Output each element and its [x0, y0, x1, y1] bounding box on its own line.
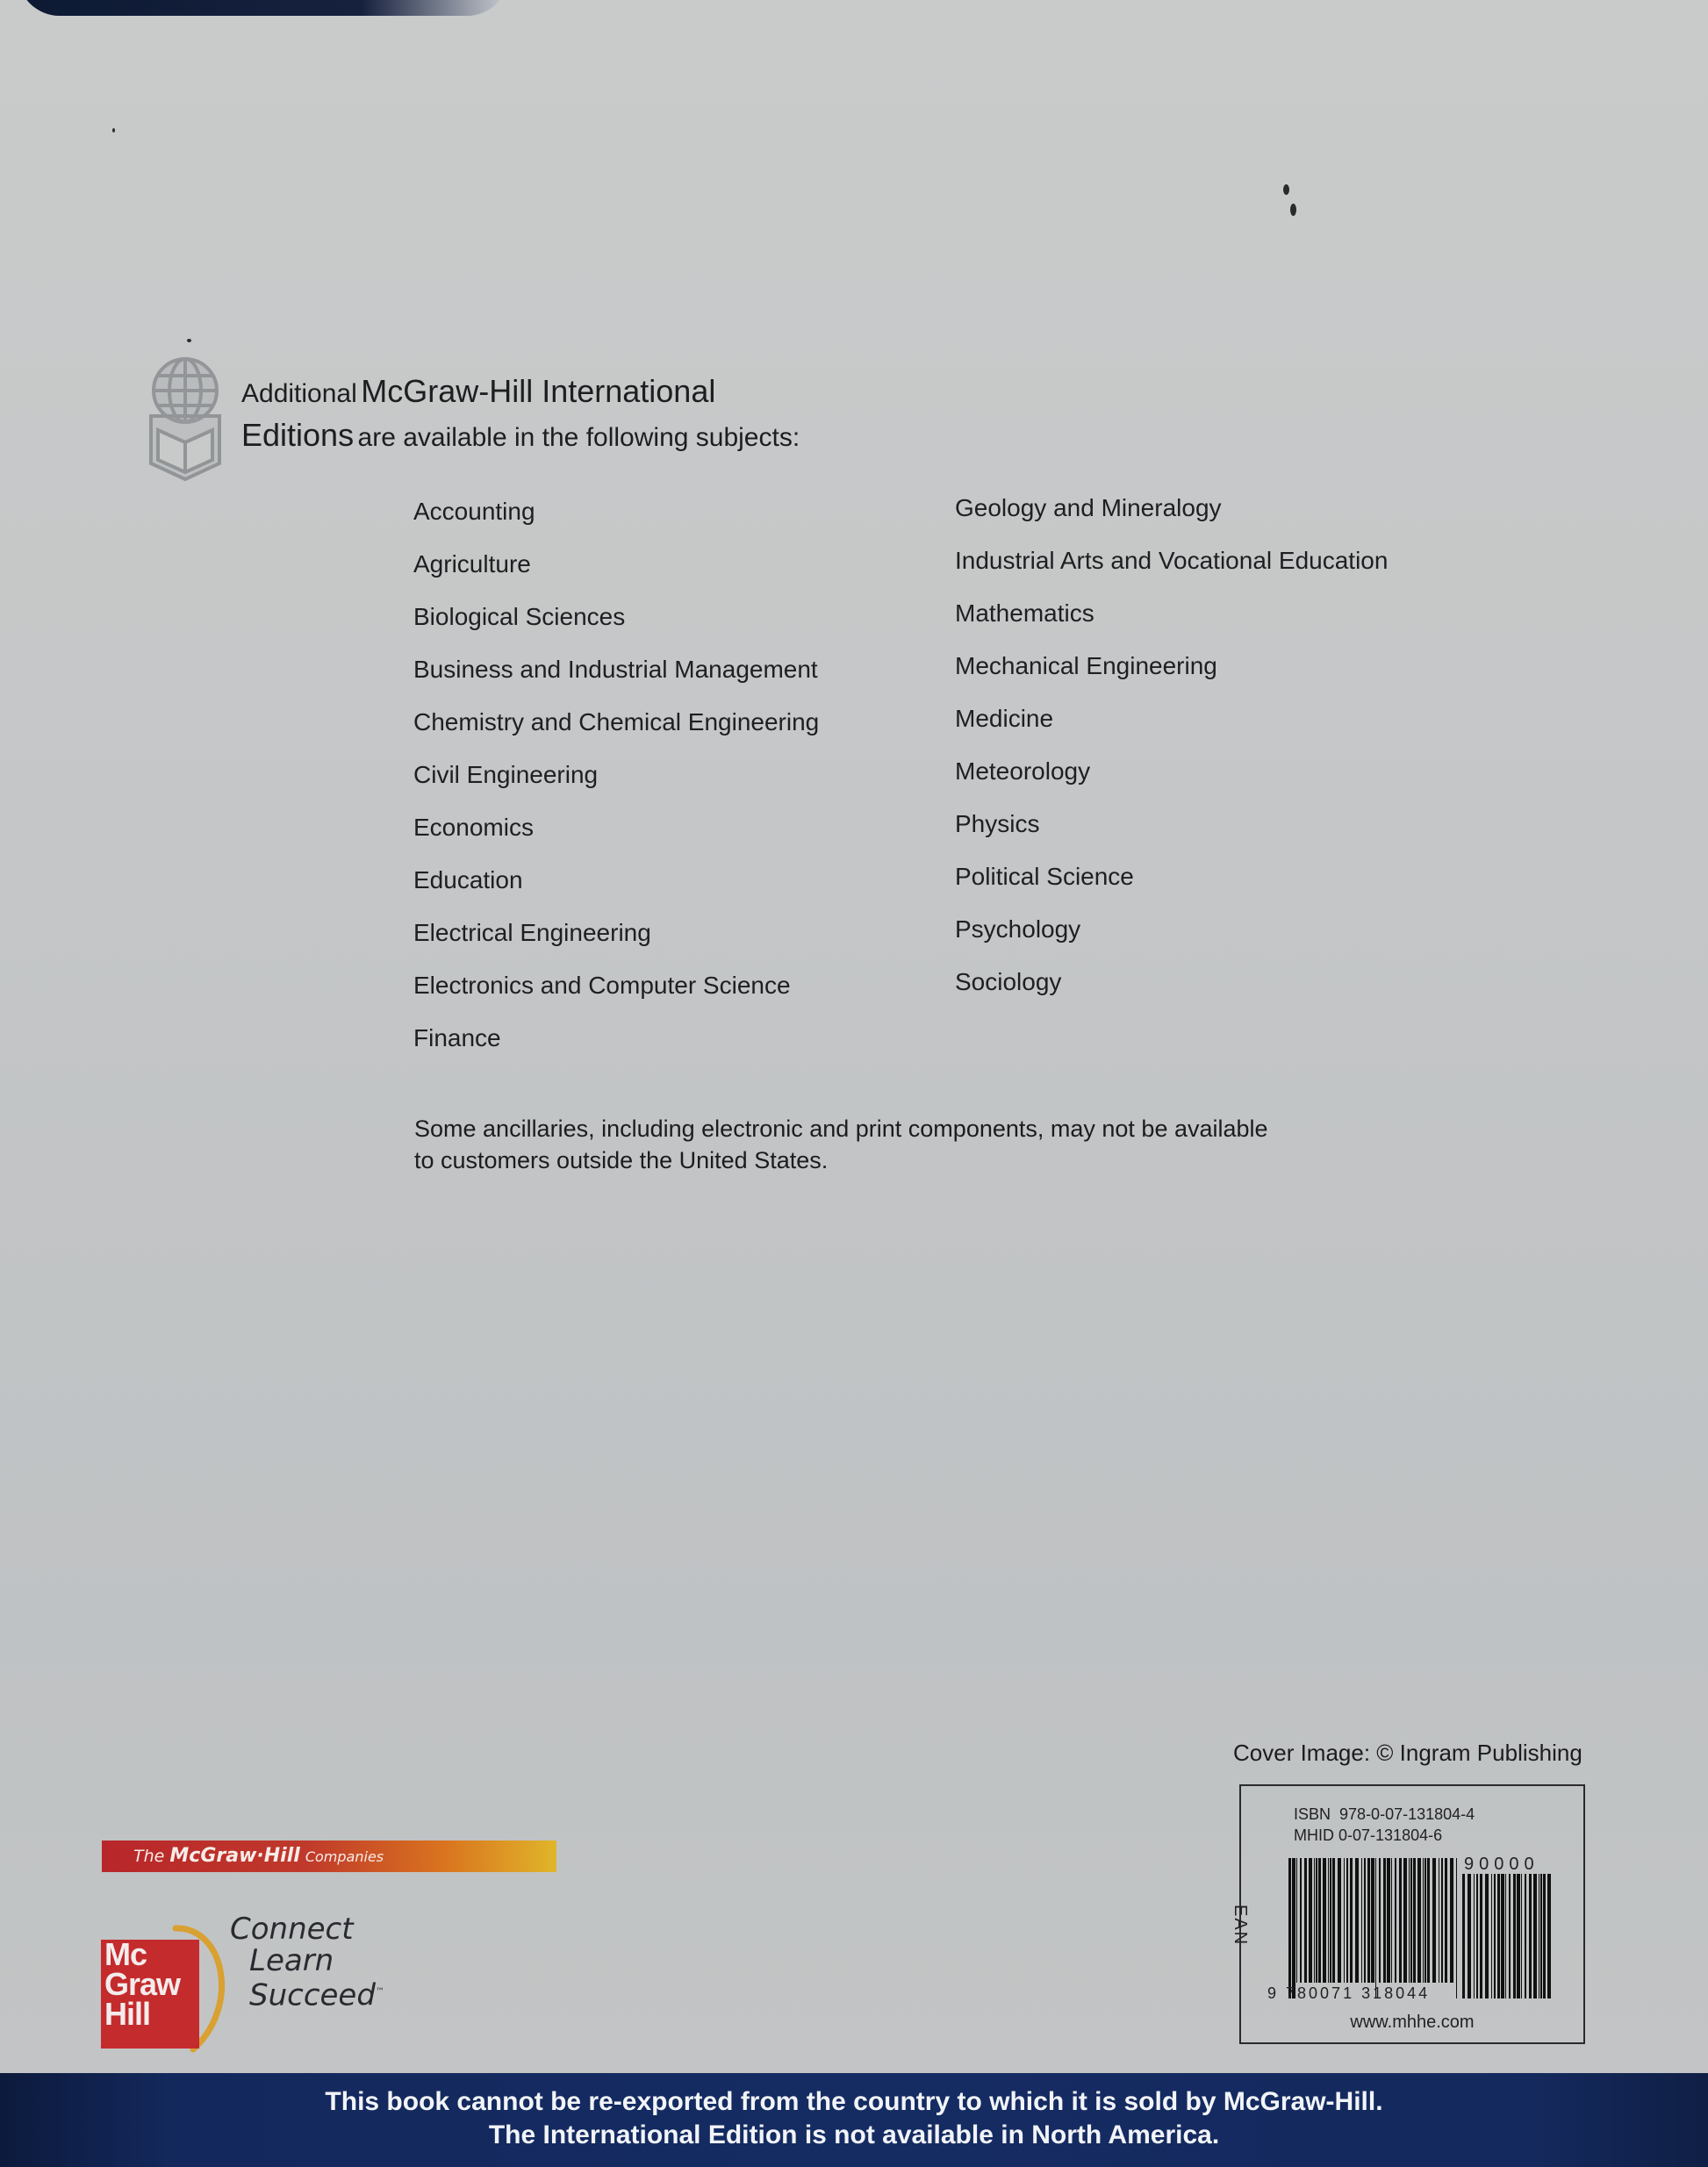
list-item: Civil Engineering: [413, 749, 819, 801]
isbn-value: 978-0-07-131804-4: [1339, 1805, 1475, 1823]
ancillaries-note: Some ancillaries, including electronic a…: [414, 1113, 1268, 1176]
export-notice-line-1: This book cannot be re-exported from the…: [0, 2085, 1708, 2119]
list-item: Electrical Engineering: [413, 907, 819, 959]
list-item: Meteorology: [955, 745, 1388, 798]
list-item: Chemistry and Chemical Engineering: [413, 696, 819, 749]
barcode-box: ISBN 978-0-07-131804-4 MHID 0-07-131804-…: [1239, 1784, 1585, 2044]
addon-barcode: [1460, 1874, 1552, 1998]
list-item: Geology and Mineralogy: [955, 482, 1388, 535]
list-item: Education: [413, 854, 819, 907]
heading-brand: McGraw-Hill International: [361, 373, 715, 409]
companies-suffix: Companies: [305, 1848, 384, 1865]
companies-prefix: The: [133, 1847, 164, 1866]
note-line-2: to customers outside the United States.: [414, 1144, 1268, 1176]
logo-line: Mc: [101, 1940, 199, 1970]
cover-credit: Cover Image: © Ingram Publishing: [1233, 1740, 1582, 1767]
isbn-block: ISBN 978-0-07-131804-4 MHID 0-07-131804-…: [1294, 1804, 1475, 1846]
list-item: Business and Industrial Management: [413, 643, 819, 696]
cover-edge-tab: [18, 0, 509, 16]
speck: [112, 128, 115, 133]
list-item: Finance: [413, 1012, 819, 1065]
list-item: Biological Sciences: [413, 591, 819, 643]
logo-line: Graw: [101, 1970, 199, 1999]
list-item: Accounting: [413, 485, 819, 538]
globe-book-icon: [146, 351, 225, 483]
ean-label: EAN: [1230, 1905, 1250, 1946]
website-url[interactable]: www.mhhe.com: [1241, 2013, 1583, 2033]
logo-line: Hill: [101, 1999, 199, 2029]
note-line-1: Some ancillaries, including electronic a…: [414, 1113, 1268, 1144]
addon-number: 90000: [1464, 1855, 1539, 1875]
subject-list-left: Accounting Agriculture Biological Scienc…: [413, 485, 819, 1065]
heading-prefix: Additional: [241, 379, 357, 408]
companies-banner: The McGraw·Hill Companies: [102, 1841, 556, 1872]
tagline-connect: Connect: [230, 1913, 384, 1945]
mhid-value: 0-07-131804-6: [1338, 1826, 1442, 1844]
list-item: Mechanical Engineering: [955, 640, 1388, 692]
ean-digits: 9 780071 318044: [1267, 1984, 1430, 2003]
companies-brand: McGraw·Hill: [169, 1845, 299, 1867]
list-item: Political Science: [955, 850, 1388, 903]
list-item: Electronics and Computer Science: [413, 959, 819, 1012]
list-item: Physics: [955, 798, 1388, 850]
list-item: Economics: [413, 801, 819, 854]
tagline: Connect Learn Succeed™: [230, 1913, 384, 2011]
export-notice-band: This book cannot be re-exported from the…: [0, 2073, 1708, 2167]
subject-list-right: Geology and Mineralogy Industrial Arts a…: [955, 482, 1388, 1008]
tagline-learn: Learn: [230, 1945, 384, 1977]
heading-suffix: are available in the following subjects:: [358, 423, 800, 452]
list-item: Agriculture: [413, 538, 819, 591]
list-item: Industrial Arts and Vocational Education: [955, 535, 1388, 587]
list-item: Mathematics: [955, 587, 1388, 640]
speck: [1283, 184, 1289, 195]
list-item: Psychology: [955, 903, 1388, 956]
ean-barcode: [1287, 1858, 1462, 1998]
isbn-label: ISBN: [1294, 1805, 1331, 1823]
mhid-label: MHID: [1294, 1826, 1334, 1844]
trademark-mark: ™: [376, 1987, 384, 1997]
tagline-succeed: Succeed: [249, 1977, 376, 2013]
list-item: Sociology: [955, 956, 1388, 1008]
heading-editions: Editions: [241, 417, 354, 453]
export-notice-line-2: The International Edition is not availab…: [0, 2119, 1708, 2152]
speck: [1290, 204, 1296, 216]
list-item: Medicine: [955, 692, 1388, 745]
speck: [187, 339, 191, 342]
intro-heading: Additional McGraw-Hill International Edi…: [241, 373, 800, 461]
mcgraw-hill-logo: Mc Graw Hill: [101, 1940, 199, 2049]
